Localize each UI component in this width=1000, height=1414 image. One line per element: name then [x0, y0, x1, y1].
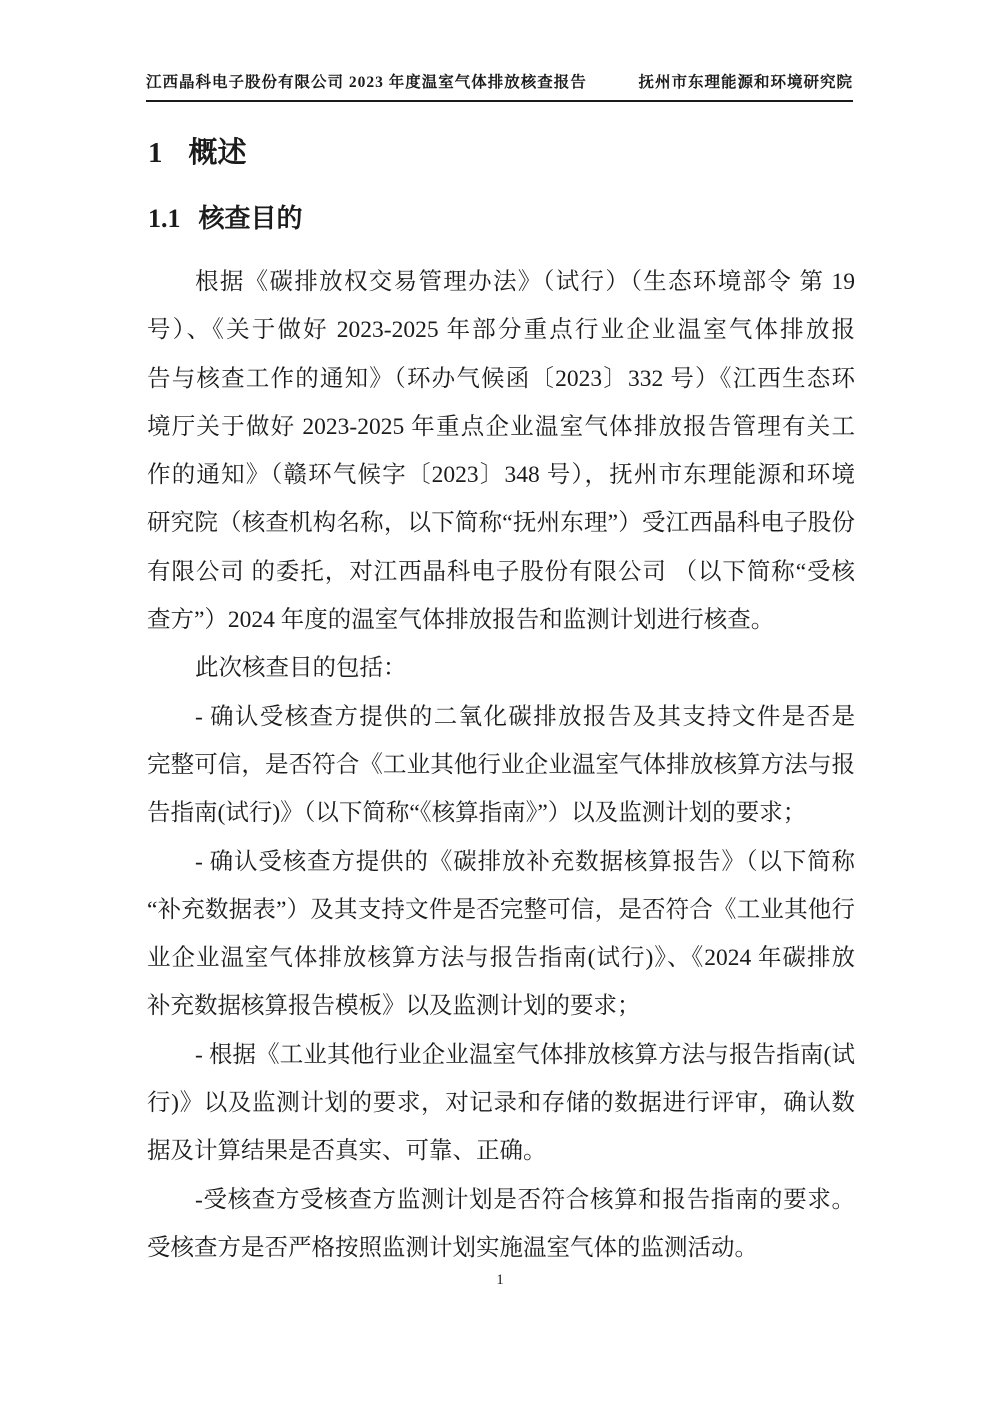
body-line: - 根据《工业其他行业企业温室气体排放核算方法与报告指南(试 — [147, 1031, 855, 1079]
body-line: 作的通知》（赣环气候字〔2023〕348 号），抚州市东理能源和环境 — [147, 451, 855, 499]
section-heading: 1概述 — [148, 138, 247, 170]
body-line: 补充数据核算报告模板》以及监测计划的要求； — [147, 982, 855, 1030]
body-line: 研究院（核查机构名称，以下简称“抚州东理”）受江西晶科电子股份 — [147, 499, 855, 547]
header-left-text: 江西晶科电子股份有限公司 2023 年度温室气体排放核查报告 — [146, 70, 587, 92]
body-line: 境厅关于做好 2023-2025 年重点企业温室气体排放报告管理有关工 — [147, 403, 855, 451]
body-line: 业企业温室气体排放核算方法与报告指南(试行)》、《2024 年碳排放 — [147, 934, 855, 982]
body-line: “补充数据表”）及其支持文件是否完整可信，是否符合《工业其他行 — [147, 886, 855, 934]
section-title: 概述 — [189, 137, 247, 169]
body-line: 据及计算结果是否真实、可靠、正确。 — [147, 1127, 855, 1175]
body-line: 完整可信，是否符合《工业其他行业企业温室气体排放核算方法与报 — [147, 741, 855, 789]
body-line: 此次核查目的包括： — [147, 644, 855, 692]
page-header: 江西晶科电子股份有限公司 2023 年度温室气体排放核查报告 抚州市东理能源和环… — [146, 70, 853, 102]
body-line: 根据《碳排放权交易管理办法》（试行）（生态环境部令 第 19 — [147, 258, 855, 306]
body-line: 查方”）2024 年度的温室气体排放报告和监测计划进行核查。 — [147, 596, 855, 644]
body-line: -受核查方受核查方监测计划是否符合核算和报告指南的要求。 — [147, 1176, 855, 1224]
subsection-heading: 1.1核查目的 — [148, 205, 303, 234]
document-page: 江西晶科电子股份有限公司 2023 年度温室气体排放核查报告 抚州市东理能源和环… — [0, 0, 1000, 1414]
body-text: 根据《碳排放权交易管理办法》（试行）（生态环境部令 第 19号）、《关于做好 2… — [147, 258, 855, 1272]
header-right-text: 抚州市东理能源和环境研究院 — [638, 70, 853, 92]
body-line: - 确认受核查方提供的二氧化碳排放报告及其支持文件是否是 — [147, 693, 855, 741]
section-number: 1 — [148, 137, 163, 169]
body-line: 告指南(试行)》（以下简称“《核算指南》”）以及监测计划的要求； — [147, 789, 855, 837]
page-number: 1 — [0, 1272, 1000, 1289]
body-line: 受核查方是否严格按照监测计划实施温室气体的监测活动。 — [147, 1224, 855, 1272]
body-line: 号）、《关于做好 2023-2025 年部分重点行业企业温室气体排放报 — [147, 306, 855, 354]
body-line: 告与核查工作的通知》（环办气候函〔2023〕332 号）《江西生态环 — [147, 355, 855, 403]
body-line: 有限公司 的委托，对江西晶科电子股份有限公司 （以下简称“受核 — [147, 548, 855, 596]
body-line: - 确认受核查方提供的《碳排放补充数据核算报告》（以下简称 — [147, 838, 855, 886]
subsection-number: 1.1 — [148, 204, 181, 233]
body-line: 行)》以及监测计划的要求，对记录和存储的数据进行评审，确认数 — [147, 1079, 855, 1127]
subsection-title: 核查目的 — [199, 204, 303, 233]
